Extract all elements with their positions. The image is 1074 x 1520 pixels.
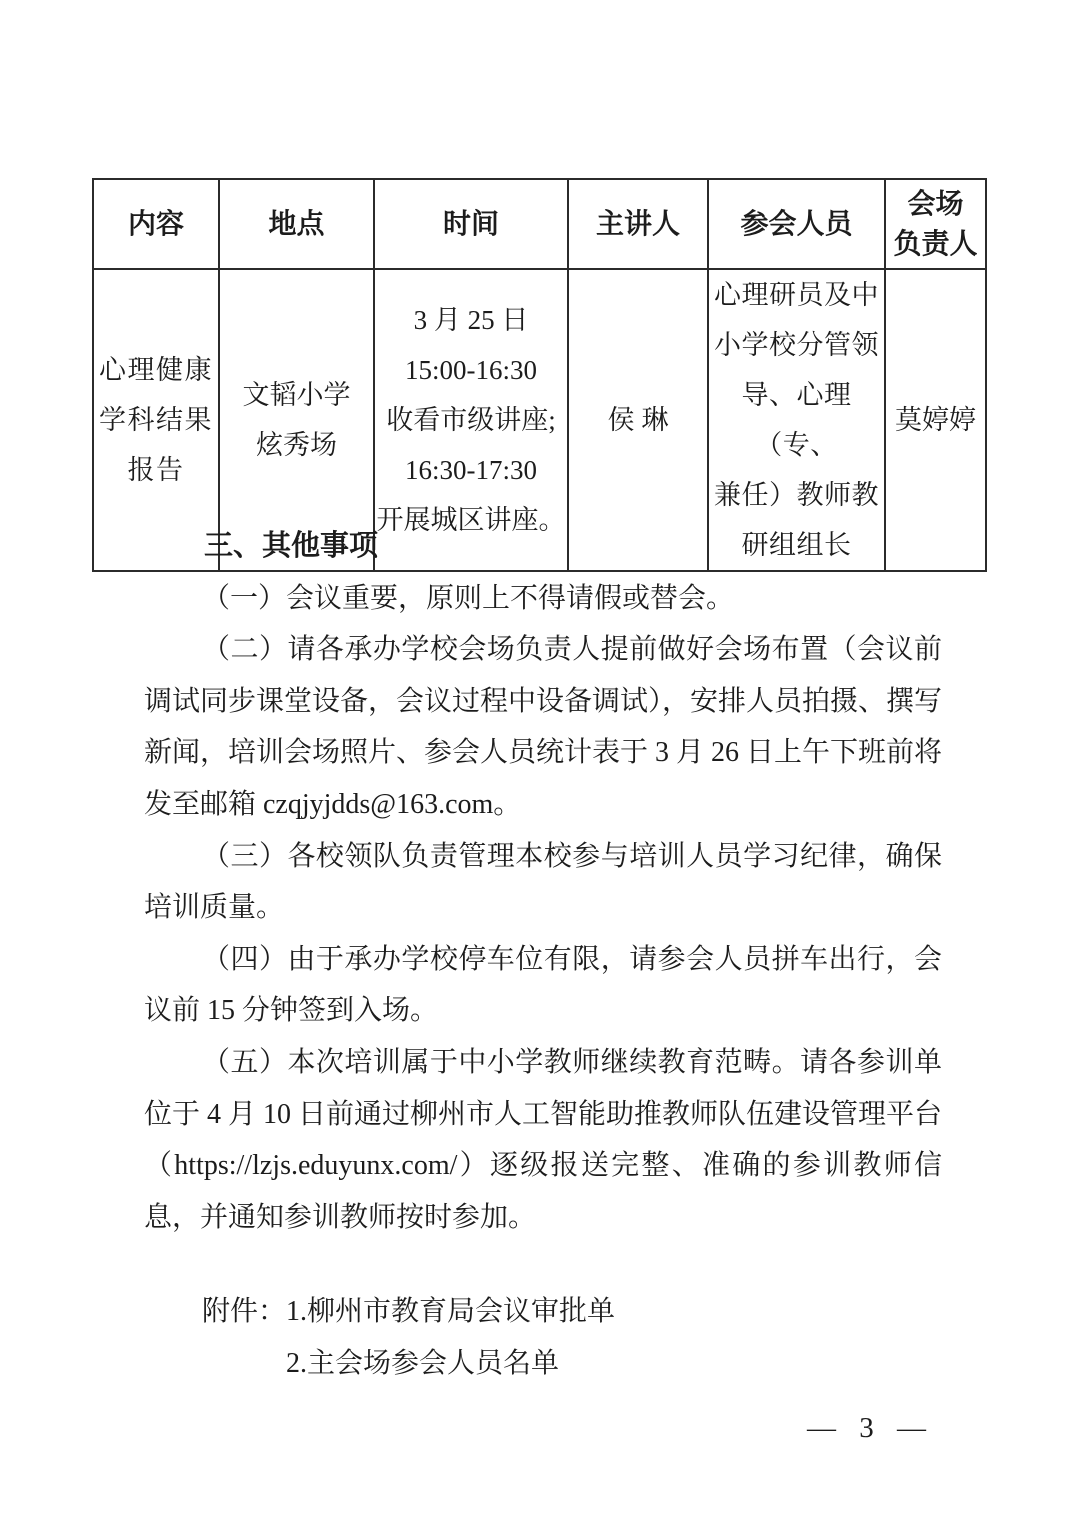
attachment-block: 附件： 1.柳州市教育局会议审批单 2.主会场参会人员名单 bbox=[202, 1286, 615, 1390]
cell-line: 心理研员及中 bbox=[709, 270, 884, 320]
header-label-line: 负责人 bbox=[886, 224, 985, 264]
cell-line: 15:00-16:30 bbox=[375, 345, 567, 395]
header-content: 内容 bbox=[93, 179, 219, 269]
paragraph-3: （三）各校领队负责管理本校参与培训人员学习纪律，确保培训质量。 bbox=[144, 831, 942, 934]
cell-line: 心理健康 bbox=[94, 345, 218, 395]
cell-line: 炫秀场 bbox=[220, 420, 373, 470]
speaker-name: 侯琳 bbox=[608, 405, 676, 435]
cell-line: 文韬小学 bbox=[220, 370, 373, 420]
attachment-items: 1.柳州市教育局会议审批单 2.主会场参会人员名单 bbox=[286, 1286, 615, 1390]
document-page: 内容 地点 时间 主讲人 参会人员 会场 负责人 bbox=[0, 0, 1074, 1520]
cell-line: 学科结果 bbox=[94, 395, 218, 445]
table-header-row: 内容 地点 时间 主讲人 参会人员 会场 负责人 bbox=[93, 179, 986, 269]
paragraph-2: （二）请各承办学校会场负责人提前做好会场布置（会议前调试同步课堂设备，会议过程中… bbox=[144, 624, 942, 830]
paragraph-5: （五）本次培训属于中小学教师继续教育范畴。请各参训单位于 4 月 10 日前通过… bbox=[144, 1037, 942, 1243]
section-heading: 三、其他事项 bbox=[144, 521, 942, 573]
page-number: — 3 — bbox=[807, 1412, 928, 1445]
cell-line: 导、心理（专、 bbox=[709, 370, 884, 470]
body-text: 三、其他事项 （一）会议重要，原则上不得请假或替会。 （二）请各承办学校会场负责… bbox=[144, 521, 942, 1243]
venue-manager-name: 莫婷婷 bbox=[895, 405, 976, 435]
cell-line: 3 月 25 日 bbox=[375, 295, 567, 345]
header-label-line: 会场 bbox=[886, 184, 985, 224]
cell-line: 报告 bbox=[94, 445, 218, 495]
cell-line: 兼任）教师教 bbox=[709, 470, 884, 520]
cell-line: 收看市级讲座; bbox=[375, 395, 567, 445]
header-label: 主讲人 bbox=[569, 204, 707, 244]
header-participants: 参会人员 bbox=[708, 179, 885, 269]
header-speaker: 主讲人 bbox=[568, 179, 708, 269]
attachment-item: 1.柳州市教育局会议审批单 bbox=[286, 1286, 615, 1338]
attachment-item: 2.主会场参会人员名单 bbox=[286, 1338, 615, 1390]
header-time: 时间 bbox=[374, 179, 568, 269]
header-label: 时间 bbox=[375, 204, 567, 244]
header-location: 地点 bbox=[219, 179, 374, 269]
header-label: 参会人员 bbox=[709, 204, 884, 244]
meeting-schedule-table: 内容 地点 时间 主讲人 参会人员 会场 负责人 bbox=[92, 178, 987, 572]
header-label: 地点 bbox=[220, 204, 373, 244]
attachment-label: 附件： bbox=[202, 1286, 286, 1338]
header-venue-manager: 会场 负责人 bbox=[885, 179, 986, 269]
cell-line: 16:30-17:30 bbox=[375, 445, 567, 495]
paragraph-1: （一）会议重要，原则上不得请假或替会。 bbox=[144, 573, 942, 625]
cell-line: 小学校分管领 bbox=[709, 320, 884, 370]
header-label: 内容 bbox=[94, 204, 218, 244]
paragraph-4: （四）由于承办学校停车位有限，请参会人员拼车出行，会议前 15 分钟签到入场。 bbox=[144, 934, 942, 1037]
